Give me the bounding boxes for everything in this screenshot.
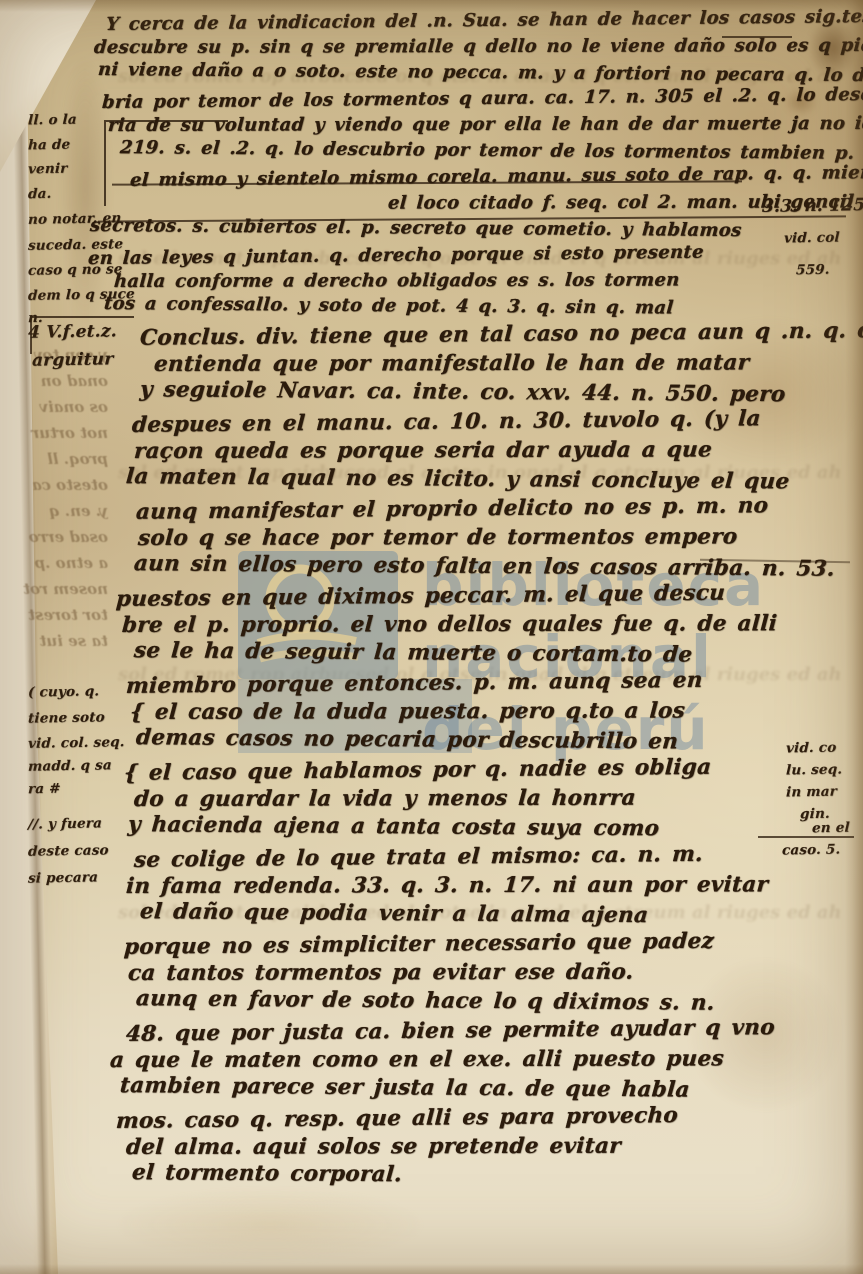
manuscript-page: sol ed romet rop airbucsed ol q otse in …: [0, 0, 863, 1274]
right-margin-note: vid. col: [784, 230, 840, 247]
text-section-bottom: Conclus. div. tiene que en tal caso no p…: [88, 320, 863, 1190]
left-margin-note: da.: [28, 186, 52, 202]
manuscript-line: descubre su p. sin q se premialle q dell…: [93, 33, 863, 61]
manuscript-line: raçon queda es porque seria dar ayuda a …: [133, 435, 863, 466]
right-margin-note: vid. co: [786, 740, 837, 757]
manuscript-line: { el caso de la duda puesta. pero q.to a…: [129, 696, 863, 727]
manuscript-line: a que le maten como en el exe. alli pues…: [109, 1044, 863, 1075]
left-margin-note: arguitur: [32, 349, 114, 370]
manuscript-line: ria de su voluntad y viendo que por ella…: [107, 111, 863, 139]
manuscript-line: aunq manifestar el proprio delicto no es…: [135, 490, 863, 527]
left-margin-note: dem lo q suce: [28, 286, 135, 304]
manuscript-line: bre el p. proprio. el vno dellos quales …: [121, 609, 863, 640]
manuscript-line: in fama redenda. 33. q. 3. n. 17. ni aun…: [125, 870, 863, 901]
manuscript-line: despues en el manu. ca. 10. n. 30. tuvol…: [131, 403, 863, 440]
left-margin-note: tiene soto: [28, 709, 105, 726]
left-margin-note: //. y fuera: [28, 815, 103, 832]
manuscript-line: Conclus. div. tiene que en tal caso no p…: [139, 316, 863, 353]
manuscript-line: do a guardar la vida y menos la honrra: [133, 783, 863, 814]
right-margin-note: 559.: [796, 262, 830, 279]
left-margin-note: 4 V.f.et.z.: [28, 321, 118, 343]
left-margin-note: madd. q sa: [28, 757, 112, 774]
right-margin-note: 3.3. n. 125: [762, 195, 863, 217]
left-margin-note: ( cuyo. q.: [28, 683, 100, 700]
left-margin-note: ha de: [28, 137, 71, 154]
left-margin-note: caso q no se: [28, 261, 123, 279]
right-margin-note: in mar: [786, 784, 838, 801]
manuscript-line: el tormento corporal.: [131, 1158, 863, 1193]
right-margin-note: caso. 5.: [782, 841, 841, 858]
manuscript-line: solo q se hace por temor de tormentos em…: [137, 522, 863, 553]
left-margin-note: no notar. en: [28, 210, 122, 228]
left-margin-note: deste caso: [28, 842, 109, 859]
left-margin-note: si pecara: [28, 869, 99, 886]
left-margin-note: venir: [28, 161, 68, 178]
page-edge-bottom: [0, 1264, 863, 1274]
manuscript-line: ca tantos tormentos pa evitar ese daño.: [127, 957, 863, 988]
left-margin-note: vid. col. seq.: [28, 734, 125, 752]
left-margin-note: suceda. este: [28, 236, 124, 254]
paper-stain: [120, 1190, 420, 1260]
text-section-top: Y cerca de la vindicacion del .n. Sua. s…: [88, 8, 863, 320]
manuscript-line: halla conforme a derecho obligados es s.…: [113, 267, 863, 295]
right-margin-note: lu. seq.: [786, 762, 843, 779]
manuscript-line: del alma. aqui solos se pretende evitar: [125, 1131, 863, 1162]
left-margin-note: ll. o la: [28, 112, 77, 129]
manuscript-line: entienda que por manifestallo le han de …: [153, 348, 863, 379]
left-margin-note: ra #: [28, 781, 61, 798]
right-margin-note: en el: [812, 820, 850, 837]
manuscript-text-block: Y cerca de la vindicacion del .n. Sua. s…: [88, 8, 863, 1190]
